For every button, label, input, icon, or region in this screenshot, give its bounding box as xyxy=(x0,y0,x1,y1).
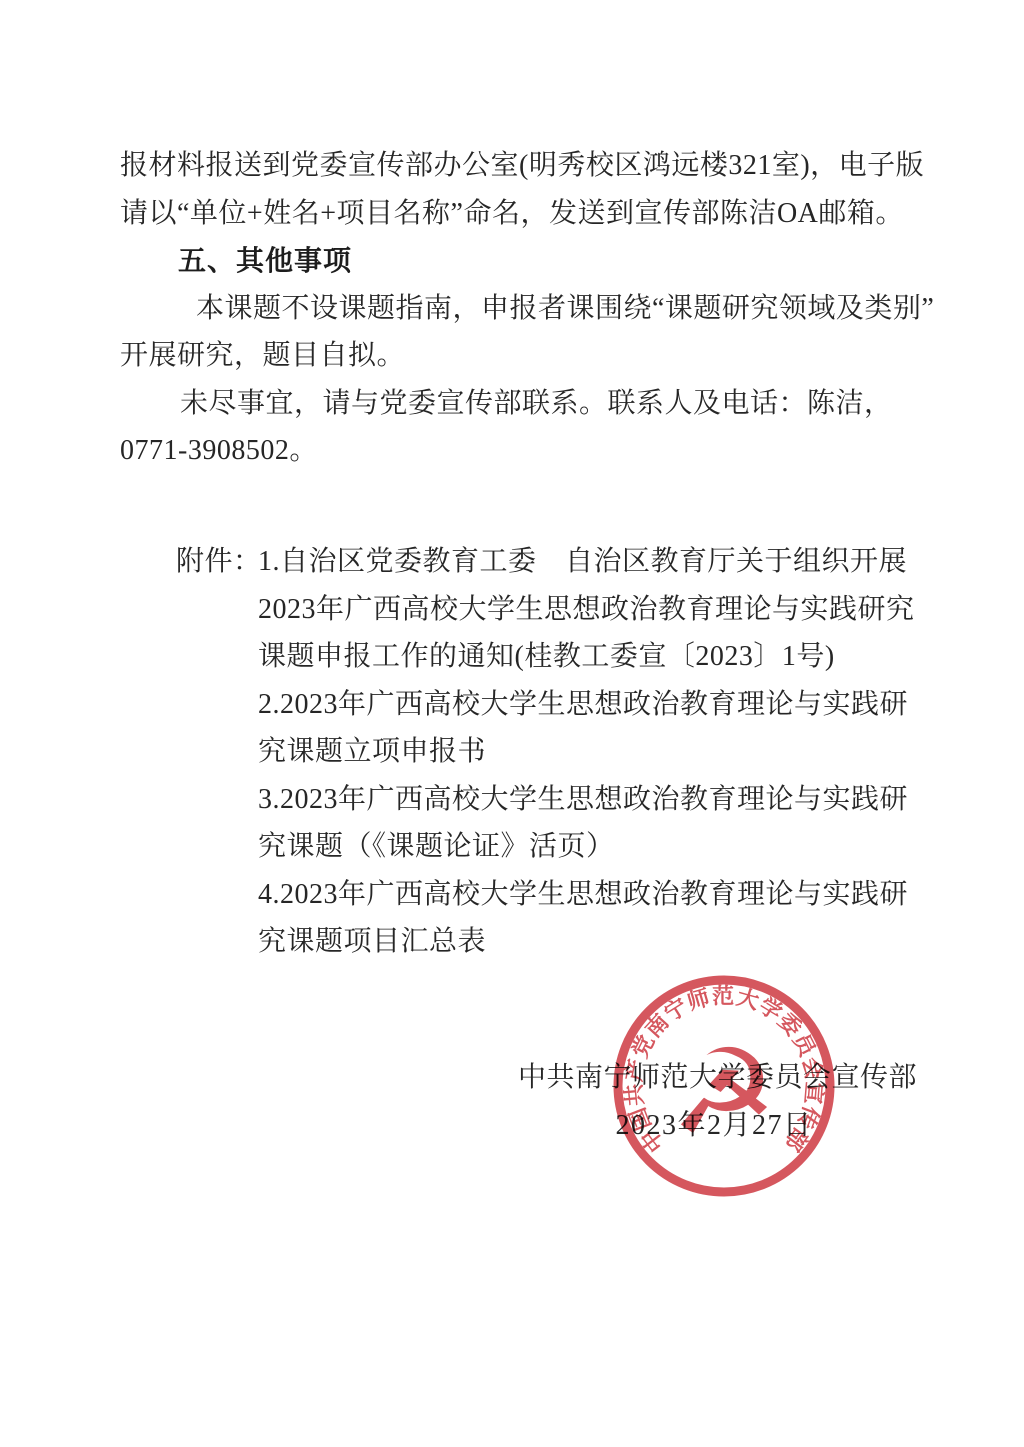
attachment-item-1-line: 2023年广西高校大学生思想政治教育理论与实践研究 xyxy=(258,586,938,634)
phone-number: 0771-3908502。 xyxy=(120,427,920,475)
attachment-item-1-line: 1.自治区党委教育工委 自治区教育厅关于组织开展 xyxy=(258,546,907,577)
attachment-line: 附件： 1.自治区党委教育工委 自治区教育厅关于组织开展 xyxy=(258,538,938,586)
body-text: 报材料报送到党委宣传部办公室(明秀校区鸿远楼321室)，电子版 请以“单位+姓名… xyxy=(120,142,920,475)
signature-block: 中共南宁师范大学委员会宣传部 2023年2月27日 xyxy=(518,1054,910,1149)
signature-date: 2023年2月27日 xyxy=(518,1102,910,1150)
body-line: 报材料报送到党委宣传部办公室(明秀校区鸿远楼321室)，电子版 xyxy=(120,142,920,190)
body-line: 本课题不设课题指南，申报者课围绕“课题研究领域及类别” xyxy=(120,285,920,333)
attachment-item-3-line: 究课题（《课题论证》活页） xyxy=(258,823,938,871)
attachment-item-4-line: 4.2023年广西高校大学生思想政治教育理论与实践研 xyxy=(258,871,938,919)
signature-department: 中共南宁师范大学委员会宣传部 xyxy=(518,1054,910,1102)
attachments-block: 附件： 1.自治区党委教育工委 自治区教育厅关于组织开展 2023年广西高校大学… xyxy=(258,538,938,966)
body-line: 开展研究，题目自拟。 xyxy=(120,332,920,380)
attachment-item-3-line: 3.2023年广西高校大学生思想政治教育理论与实践研 xyxy=(258,776,938,824)
body-line: 请以“单位+姓名+项目名称”命名，发送到宣传部陈洁OA邮箱。 xyxy=(120,190,920,238)
document-page: 报材料报送到党委宣传部办公室(明秀校区鸿远楼321室)，电子版 请以“单位+姓名… xyxy=(0,0,1024,1447)
attachments-label: 附件： xyxy=(176,538,262,586)
attachment-item-2-line: 究课题立项申报书 xyxy=(258,728,938,776)
attachment-item-1-line: 课题申报工作的通知(桂教工委宣〔2023〕1号) xyxy=(258,633,938,681)
body-line: 未尽事宜，请与党委宣传部联系。联系人及电话：陈洁， xyxy=(120,380,920,428)
attachment-item-2-line: 2.2023年广西高校大学生思想政治教育理论与实践研 xyxy=(258,681,938,729)
attachment-item-4-line: 究课题项目汇总表 xyxy=(258,918,938,966)
section-heading: 五、其他事项 xyxy=(120,237,920,285)
